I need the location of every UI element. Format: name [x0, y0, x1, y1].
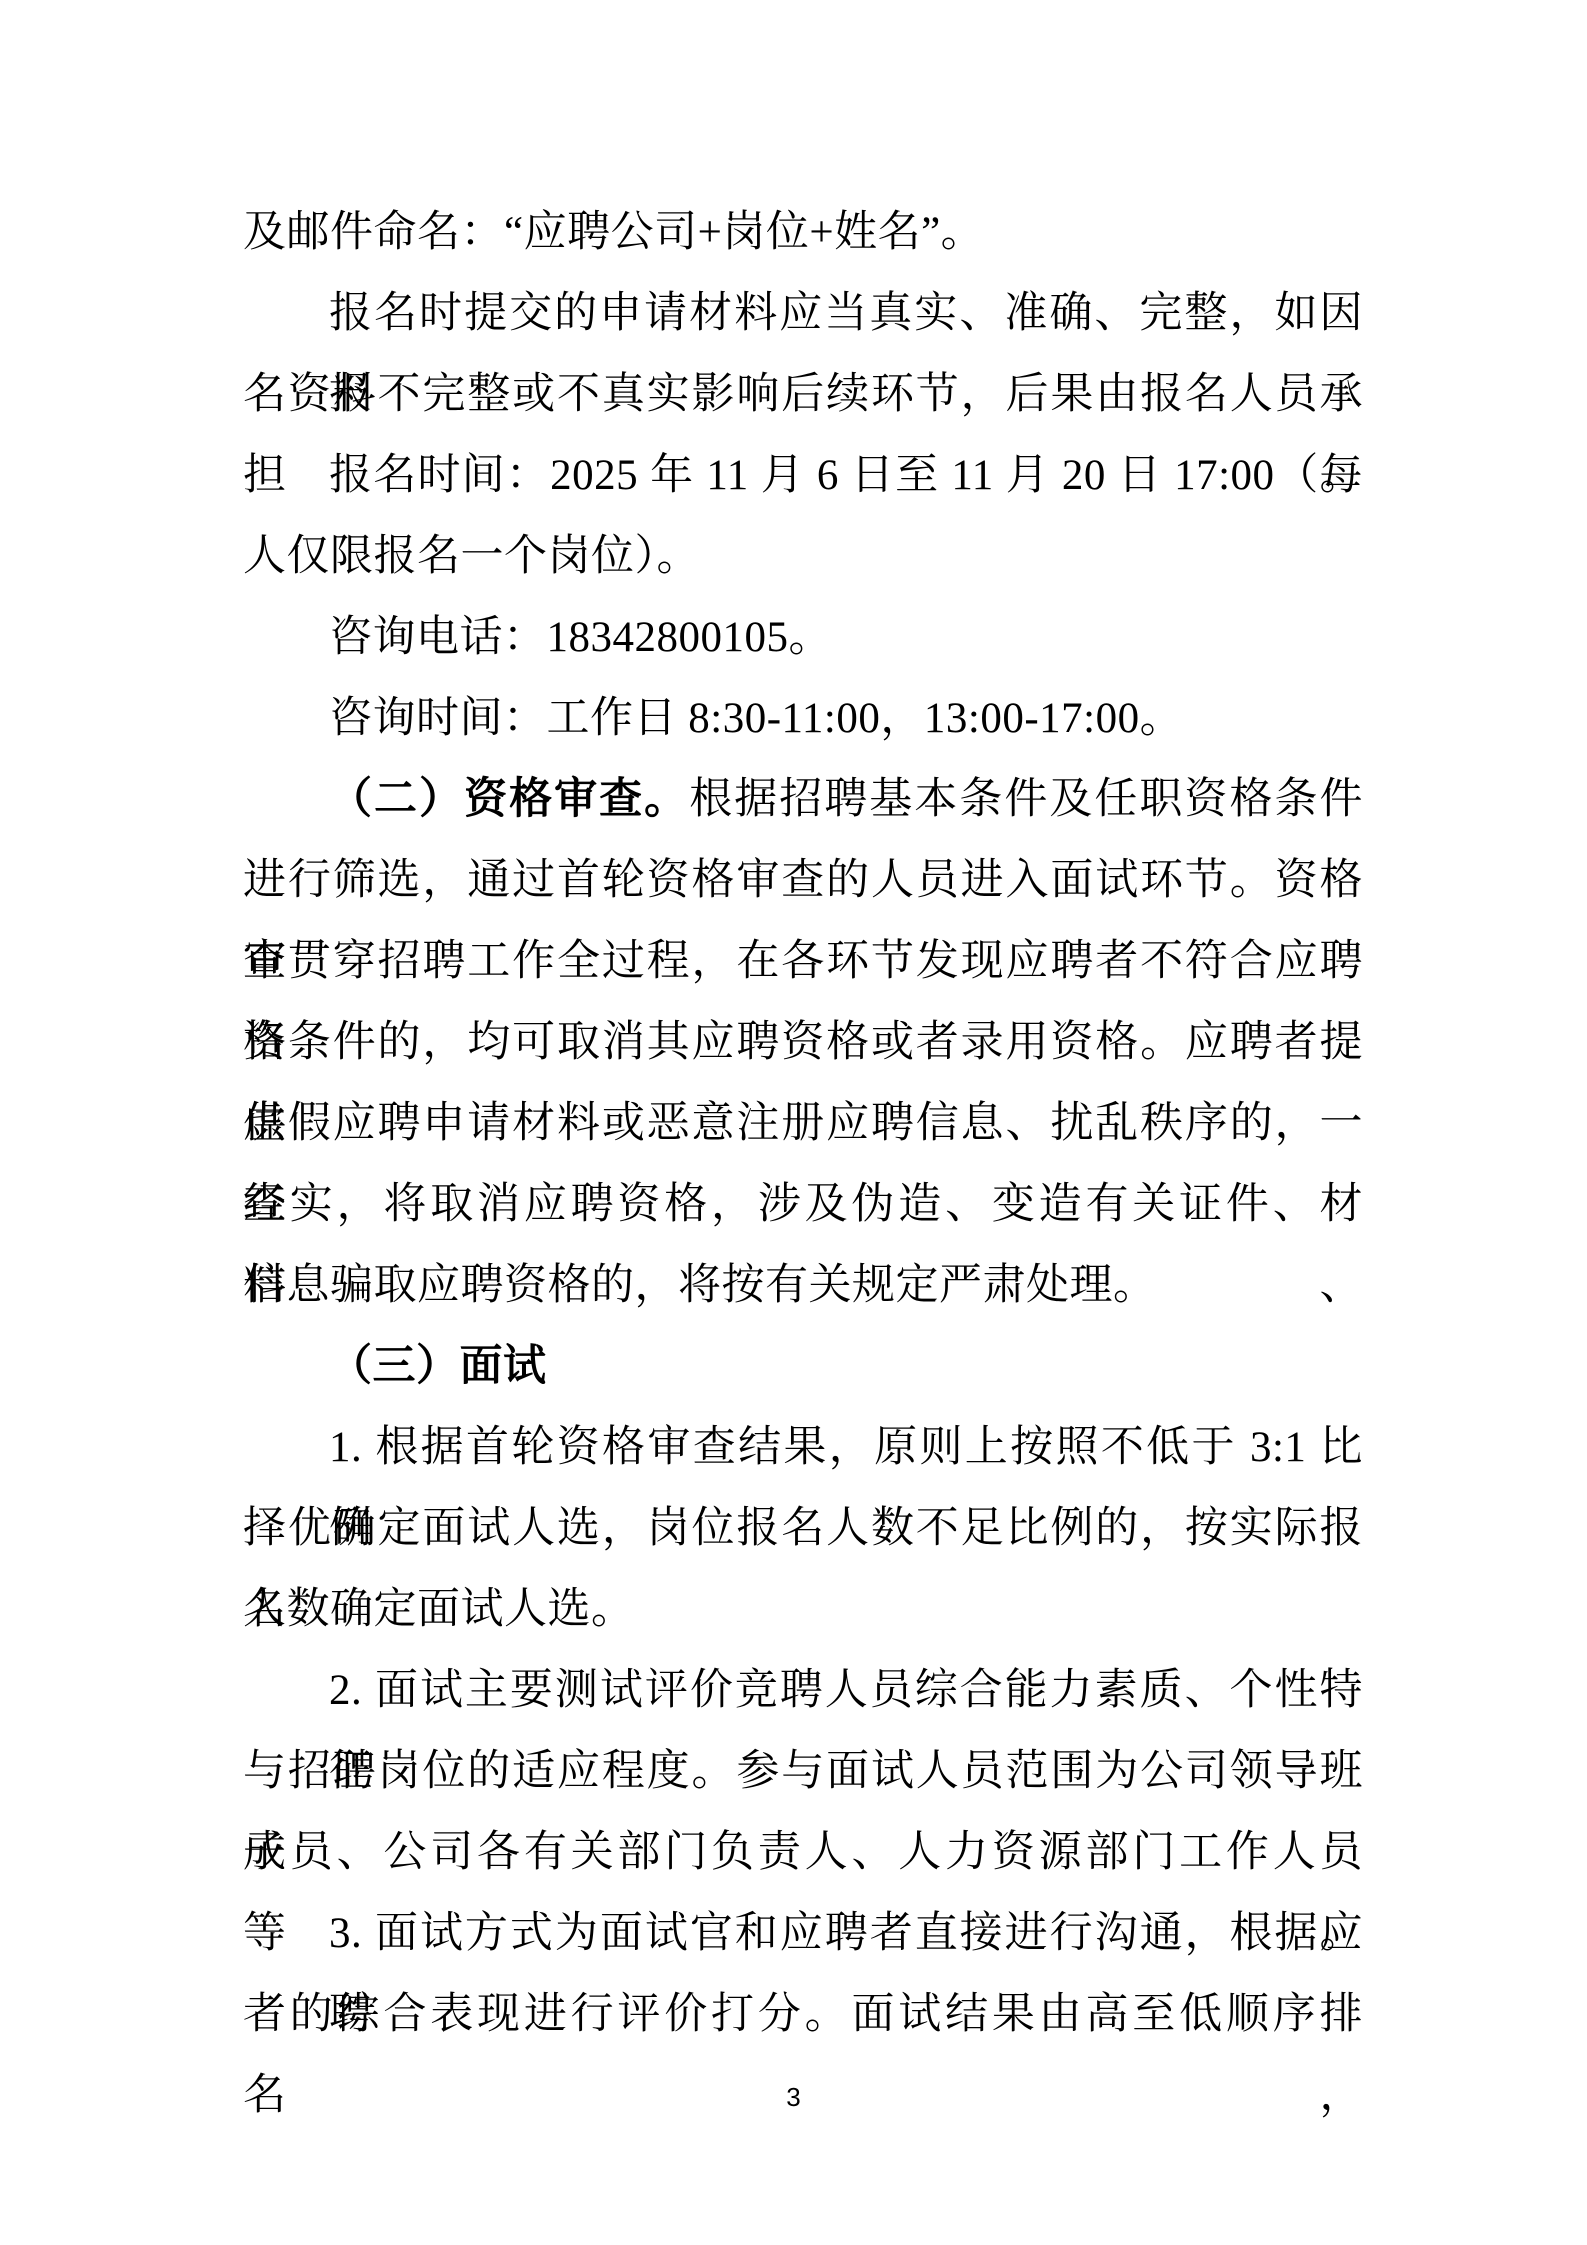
text-block: 及邮件命名：“应聘公司+岗位+姓名”。报名时提交的申请材料应当真实、准确、完整，…: [243, 192, 1363, 2055]
text-line: 2. 面试主要测试评价竞聘人员综合能力素质、个性特征: [243, 1650, 1363, 1731]
text-line: 与招聘岗位的适应程度。参与面试人员范围为公司领导班子: [243, 1731, 1363, 1812]
text-line: 报名时间：2025 年 11 月 6 日至 11 月 20 日 17:00（每: [243, 435, 1363, 516]
body-text: 咨询电话：18342800105。: [329, 614, 832, 661]
text-line: 择优确定面试人选，岗位报名人数不足比例的，按实际报名: [243, 1488, 1363, 1569]
text-line: 咨询电话：18342800105。: [243, 597, 1363, 678]
body-text: 及邮件命名：“应聘公司+岗位+姓名”。: [243, 209, 984, 256]
body-text: 人仅限报名一个岗位）。: [243, 533, 700, 580]
text-line: 及邮件命名：“应聘公司+岗位+姓名”。: [243, 192, 1363, 273]
text-line: 人仅限报名一个岗位）。: [243, 516, 1363, 597]
text-line: 3. 面试方式为面试官和应聘者直接进行沟通，根据应聘: [243, 1893, 1363, 1974]
text-line: 格条件的，均可取消其应聘资格或者录用资格。应聘者提供: [243, 1002, 1363, 1083]
text-line: 名资料不完整或不真实影响后续环节，后果由报名人员承担。: [243, 354, 1363, 435]
body-text: 报名时间：2025 年 11 月 6 日至 11 月 20 日 17:00（每: [329, 452, 1363, 499]
body-text: 根据招聘基本条件及任职资格条件: [689, 776, 1363, 823]
text-line: 成员、公司各有关部门负责人、人力资源部门工作人员等。: [243, 1812, 1363, 1893]
body-text: 信息骗取应聘资格的，将按有关规定严肃处理。: [243, 1262, 1157, 1309]
text-line: 报名时提交的申请材料应当真实、准确、完整，如因报: [243, 273, 1363, 354]
text-line: 1. 根据首轮资格审查结果，原则上按照不低于 3:1 比例: [243, 1407, 1363, 1488]
text-line: 虚假应聘申请材料或恶意注册应聘信息、扰乱秩序的，一经: [243, 1083, 1363, 1164]
body-text: 人数确定面试人选。: [243, 1586, 635, 1633]
text-line: （三）面试: [243, 1326, 1363, 1407]
document-page: 及邮件命名：“应聘公司+岗位+姓名”。报名时提交的申请材料应当真实、准确、完整，…: [0, 0, 1587, 2245]
text-line: （二）资格审查。根据招聘基本条件及任职资格条件: [243, 759, 1363, 840]
heading-text: （二）资格审查。: [329, 776, 689, 823]
text-line: 查实，将取消应聘资格，涉及伪造、变造有关证件、材料、: [243, 1164, 1363, 1245]
text-line: 查贯穿招聘工作全过程，在各环节发现应聘者不符合应聘资: [243, 921, 1363, 1002]
text-line: 进行筛选，通过首轮资格审查的人员进入面试环节。资格审: [243, 840, 1363, 921]
heading-text: （三）面试: [329, 1343, 547, 1390]
text-line: 人数确定面试人选。: [243, 1569, 1363, 1650]
body-text: 咨询时间：工作日 8:30-11:00，13:00-17:00。: [329, 695, 1183, 742]
text-line: 咨询时间：工作日 8:30-11:00，13:00-17:00。: [243, 678, 1363, 759]
text-line: 者的综合表现进行评价打分。面试结果由高至低顺序排名，: [243, 1974, 1363, 2055]
page-number: 3: [0, 2082, 1587, 2112]
